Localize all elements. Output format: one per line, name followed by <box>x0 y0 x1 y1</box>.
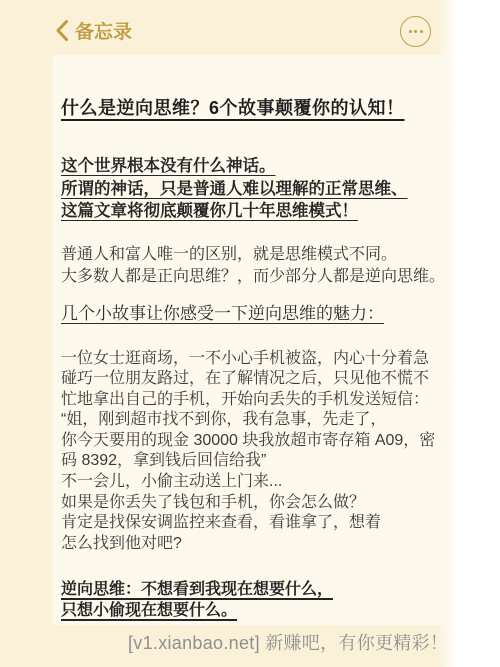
paragraph-line: 大多数人都是正向思维？，而少部分人都是逆向思维。 <box>61 266 447 288</box>
story-line: 你今天要用的现金 30000 块我放超市寄存箱 A09，密 <box>61 431 447 452</box>
nav-bar: 备忘录 <box>0 0 456 55</box>
story-line: 忙地拿出自己的手机，开始向丢失的手机发送短信： <box>61 390 447 411</box>
story-line: “姐，刚到超市找不到你，我有急事，先走了， <box>61 410 447 431</box>
intro-block: 这个世界根本没有什么神话。 所谓的神话，只是普通人难以理解的正常思维、 这篇文章… <box>61 155 447 223</box>
more-options-button[interactable] <box>400 16 431 47</box>
intro-line: 这篇文章将彻底颠覆你几十年思维模式！ <box>61 200 447 223</box>
conclusion-block: 逆向思维：不想看到我现在想要什么， 只想小偷现在想要什么。 <box>61 579 447 621</box>
chevron-left-icon <box>56 20 68 41</box>
intro-line: 这个世界根本没有什么神话。 <box>61 155 447 178</box>
ellipsis-icon <box>409 30 412 33</box>
note-card: 什么是逆向思维？6个故事颠覆你的认知！ 这个世界根本没有什么神话。 所谓的神话，… <box>53 55 447 625</box>
lead-line: 几个小故事让你感受一下逆向思维的魅力： <box>61 303 447 325</box>
note-title: 什么是逆向思维？6个故事颠覆你的认知！ <box>61 95 447 122</box>
watermark: [v1.xianbao.net] 新赚吧，有你更精彩！ <box>128 629 448 655</box>
paragraph-line: 普通人和富人唯一的区别，就是思维模式不同。 <box>61 244 447 266</box>
paragraph-block: 普通人和富人唯一的区别，就是思维模式不同。 大多数人都是正向思维？，而少部分人都… <box>61 244 447 288</box>
back-button[interactable]: 备忘录 <box>56 17 132 44</box>
back-label: 备忘录 <box>75 17 132 44</box>
memo-app-background: 备忘录 什么是逆向思维？6个故事颠覆你的认知！ 这个世界根本没有什么神话。 所谓… <box>0 0 456 667</box>
story-line: 如果是你丢失了钱包和手机，你会怎么做？ <box>61 493 447 514</box>
intro-line: 所谓的神话，只是普通人难以理解的正常思维、 <box>61 178 447 201</box>
story-line: 怎么找到他对吧? <box>61 534 447 555</box>
story-line: 肯定是找保安调监控来查看，看谁拿了，想着 <box>61 513 447 534</box>
conclusion-line: 逆向思维：不想看到我现在想要什么， <box>61 579 447 600</box>
story-line: 碰巧一位朋友路过，在了解情况之后，只见他不慌不 <box>61 369 447 390</box>
story-line: 一位女士逛商场，一不小心手机被盗，内心十分着急 <box>61 349 447 370</box>
story-line: 不一会儿，小偷主动送上门来... <box>61 472 447 493</box>
story-block: 一位女士逛商场，一不小心手机被盗，内心十分着急 碰巧一位朋友路过，在了解情况之后… <box>61 349 447 555</box>
story-line: 码 8392，拿到钱后回信给我” <box>61 451 447 472</box>
conclusion-line: 只想小偷现在想要什么。 <box>61 600 447 621</box>
